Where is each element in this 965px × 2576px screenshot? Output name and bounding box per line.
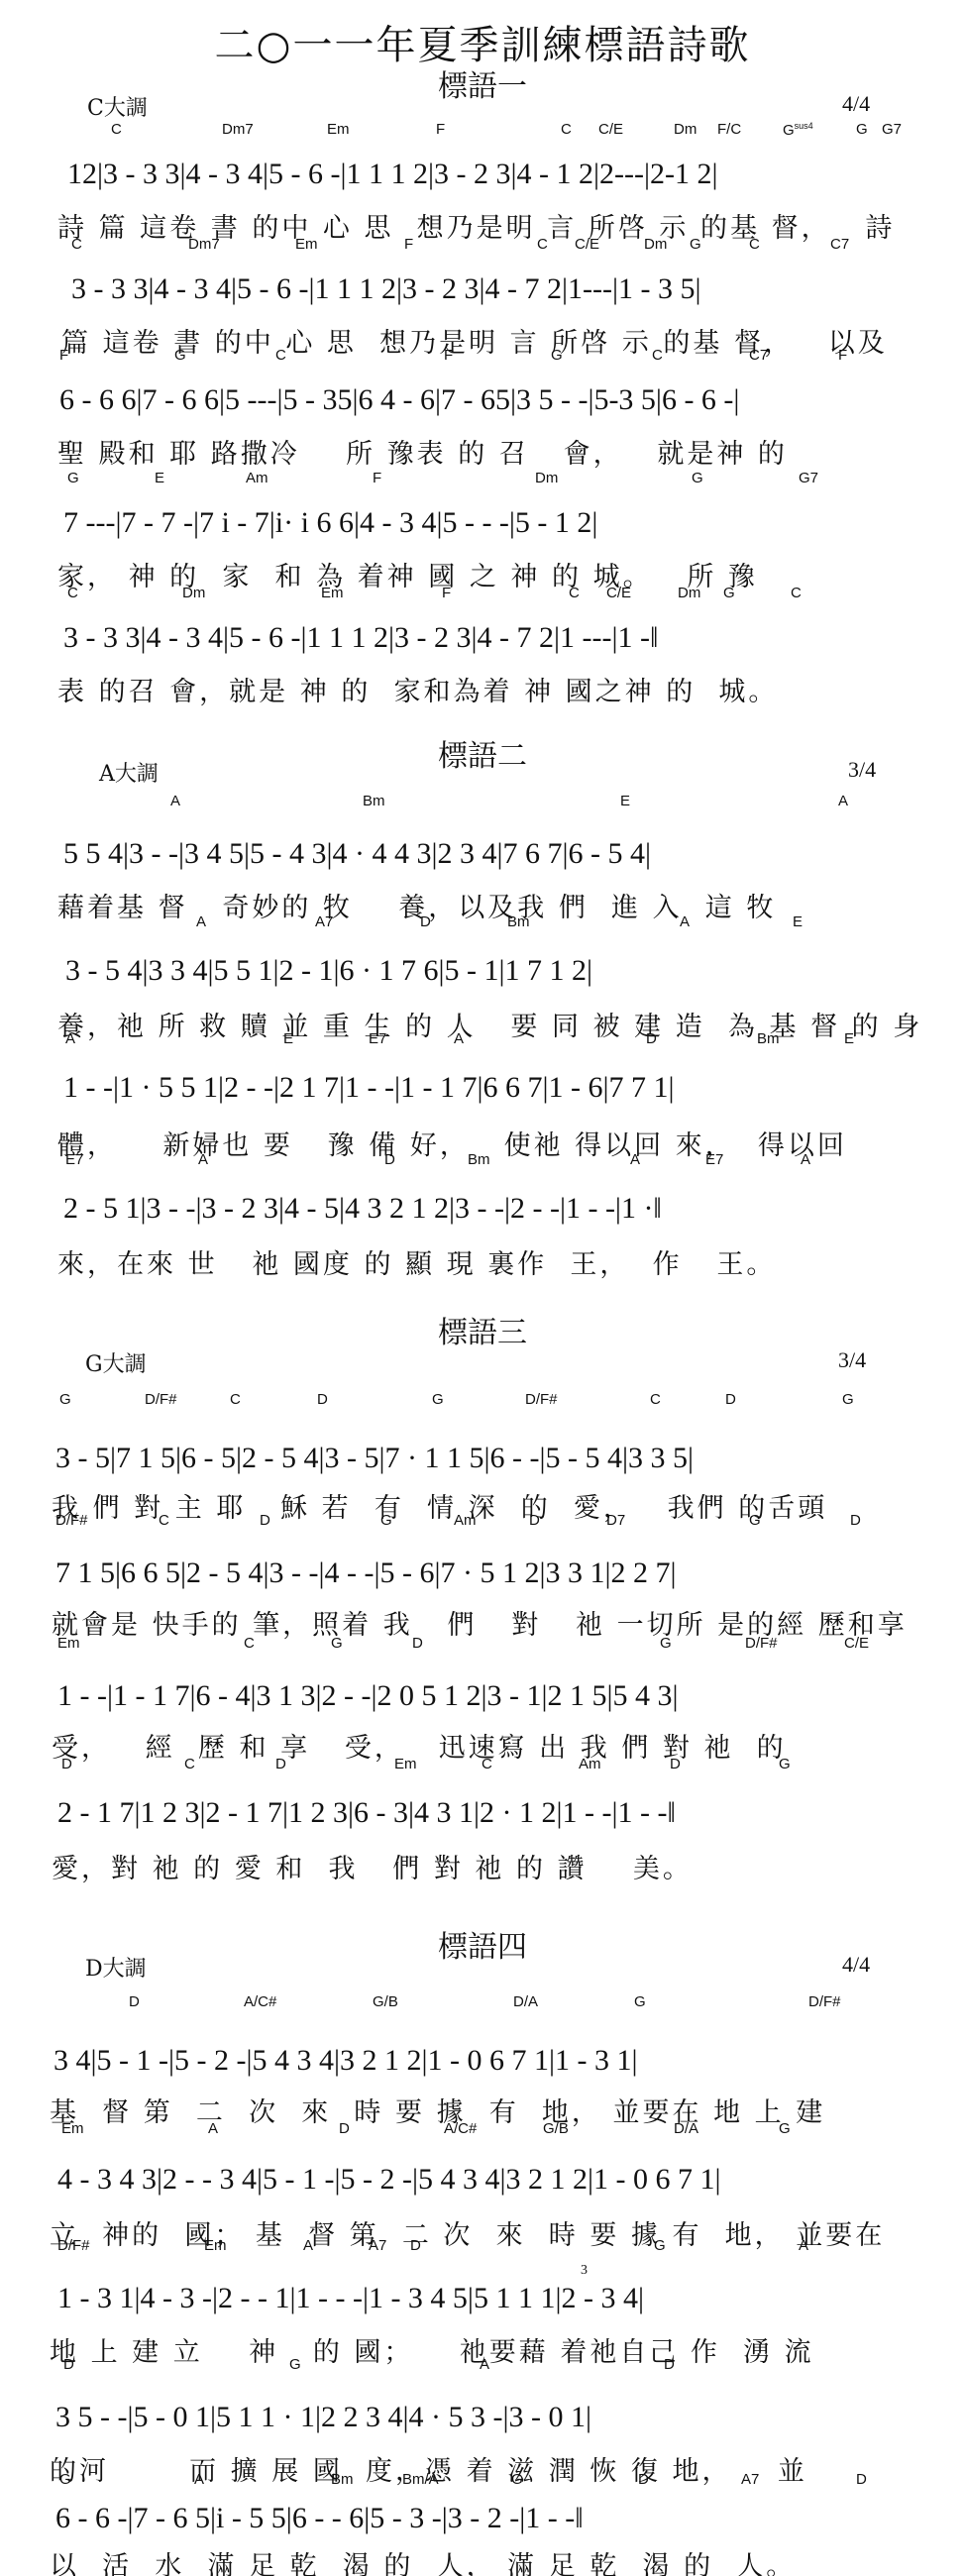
chord: D/A (513, 1993, 538, 2010)
note-sequence: 1 - -|1 - 1 7|6 - 4|3 1 3|2 - -|2 0 5 1 … (57, 1678, 678, 1714)
section-title: 標語三 (0, 1308, 965, 1351)
key-signature: A大調 (99, 757, 159, 788)
jianpu-notes: 1 - -|1 - 1 7|6 - 4|3 1 3|2 - -|2 0 5 1 … (0, 1678, 965, 1718)
jianpu-notes: 3 - 3 3|4 - 3 4|5 - 6 -|1 1 1 2|3 - 2 3|… (0, 271, 965, 311)
chord-line: G E Am F Dm G G7 (0, 470, 965, 493)
chord: G (511, 2471, 523, 2488)
key-signature: C大調 (87, 91, 148, 122)
chord: E (620, 793, 630, 809)
chord: C (275, 347, 286, 364)
chord: C (111, 121, 122, 138)
chord: G (692, 470, 703, 486)
chord-line: D G A D (0, 2356, 965, 2380)
chord: D (61, 1756, 72, 1772)
chord: G (59, 1391, 71, 1408)
lyrics-line: 愛，對 祂 的 愛 和 我 們 對 祂 的 讚 美。 (52, 1847, 965, 1885)
chord: A (208, 2120, 218, 2137)
chord: C (652, 347, 663, 364)
chord: D (638, 2471, 649, 2488)
chord: E (793, 913, 803, 930)
chord: C (650, 1391, 661, 1408)
lyrics-line: 以 活 水 滿 足 乾 渴 的 人， 滿 足 乾 渴 的 人。 (50, 2544, 965, 2576)
lyrics-line: 來，在來 世 祂 國度 的 顯 現 裏作 王， 作 王。 (57, 1242, 965, 1281)
chord-line: D A/C# G/B D/A G D/F# (0, 1993, 965, 2017)
time-signature: 3/4 (838, 1347, 866, 1373)
chord: Bm (468, 1151, 490, 1168)
note-sequence: 2 - 1 7|1 2 3|2 - 1 7|1 2 3|6 - 3|4 3 1|… (57, 1795, 676, 1831)
chord: F (444, 347, 453, 364)
chord: G (634, 1993, 646, 2010)
chord: C (749, 236, 760, 253)
chord-line: Em C G D G D/F# C/E (0, 1635, 965, 1659)
chord: E (155, 470, 164, 486)
chord: Bm (507, 913, 530, 930)
chord: G (779, 1756, 791, 1772)
chord: G (779, 2120, 791, 2137)
chord: D/F# (145, 1391, 177, 1408)
note-sequence: 5 5 4|3 - -|3 4 5|5 - 4 3|4 · 4 4 3|2 3 … (63, 836, 651, 872)
jianpu-notes: 7 ---|7 - 7 -|7 i - 7|i· i 6 6|4 - 3 4|5… (0, 505, 965, 545)
chord: Dm (678, 585, 700, 601)
chord: G (690, 236, 701, 253)
chord: F/C (717, 121, 741, 138)
chord: G (174, 347, 186, 364)
chord: D (384, 1151, 395, 1168)
jianpu-notes: 4 - 3 4 3|2 - - 3 4|5 - 1 -|5 - 2 -|5 4 … (0, 2162, 965, 2201)
chord: A7 (315, 913, 333, 930)
chord: F (436, 121, 445, 138)
chord: G (842, 1391, 854, 1408)
chord: E7 (705, 1151, 723, 1168)
chord: A (799, 2237, 808, 2254)
jianpu-notes: 3 - 3 3|4 - 3 4|5 - 6 -|1 1 1 2|3 - 2 3|… (0, 620, 965, 660)
chord: A (630, 1151, 640, 1168)
chord: C (230, 1391, 241, 1408)
chord: G7 (799, 470, 818, 486)
chord: G (723, 585, 735, 601)
jianpu-notes: 7 1 5|6 6 5|2 - 5 4|3 - -|4 - -|5 - 6|7 … (0, 1556, 965, 1595)
chord: C (71, 236, 82, 253)
note-sequence: 7 ---|7 - 7 -|7 i - 7|i· i 6 6|4 - 3 4|5… (63, 505, 597, 541)
chord: D (529, 1512, 540, 1529)
time-signature: 4/4 (842, 91, 870, 117)
chord: A (480, 2356, 489, 2373)
chord: D/F# (808, 1993, 841, 2010)
chord-line: A A7 D Bm A E (0, 913, 965, 937)
chord: A (198, 1151, 208, 1168)
time-signature: 3/4 (848, 757, 876, 783)
jianpu-notes: 1 - -|1 · 5 5 1|2 - -|2 1 7|1 - -|1 - 1 … (0, 1070, 965, 1110)
chord: D (646, 1030, 657, 1047)
chord: C (569, 585, 580, 601)
chord: Em (204, 2237, 227, 2254)
chord-line: D C D Em C Am D G (0, 1756, 965, 1779)
chord-line: E7 A D Bm A E7 A (0, 1151, 965, 1175)
chord: D7 (606, 1512, 625, 1529)
key-signature: G大調 (85, 1347, 147, 1378)
jianpu-notes: 2 - 5 1|3 - -|3 - 2 3|4 - 5|4 3 2 1 2|3 … (0, 1191, 965, 1231)
chord: D (412, 1635, 423, 1652)
chord: C/E (606, 585, 631, 601)
jianpu-notes: 3 4|5 - 1 -|5 - 2 -|5 4 3 4|3 2 1 2|1 - … (0, 2043, 965, 2083)
chord-line: C Dm7 Em F C C/E Dm F/C Gsus4 G G7 (0, 121, 965, 145)
chord: G (551, 347, 563, 364)
note-sequence: 3 - 3 3|4 - 3 4|5 - 6 -|1 1 1 2|3 - 2 3|… (71, 271, 700, 307)
chord: A/C# (444, 2120, 477, 2137)
chord: Bm/A (402, 2471, 439, 2488)
chord: A (65, 1030, 75, 1047)
chord: F (442, 585, 451, 601)
chord-line: C Dm7 Em F C C/E Dm G C C7 (0, 236, 965, 260)
chord: A (680, 913, 690, 930)
jianpu-notes: 6 - 6 6|7 - 6 6|5 ---|5 - 35|6 4 - 6|7 -… (0, 382, 965, 422)
chord: D (63, 2356, 74, 2373)
jianpu-notes: 6 - 6 -|7 - 6 5|i - 5 5|6 - - 6|5 - 3 -|… (0, 2501, 965, 2540)
chord: Am (579, 1756, 601, 1772)
chord: C (561, 121, 572, 138)
jianpu-notes: 5 5 4|3 - -|3 4 5|5 - 4 3|4 · 4 4 3|2 3 … (0, 836, 965, 876)
chord: Dm (674, 121, 697, 138)
chord: F (404, 236, 413, 253)
chord: D (850, 1512, 861, 1529)
chord: Em (394, 1756, 417, 1772)
chord: G (59, 2471, 71, 2488)
chord-line: D/F# C D G Am D D7 G D (0, 1512, 965, 1536)
chord: Am (454, 1512, 477, 1529)
chord: Em (61, 2120, 84, 2137)
chord-line: C Dm Em F C C/E Dm G C (0, 585, 965, 608)
chord: G (289, 2356, 301, 2373)
chord-line: A E E7 A D Bm E (0, 1030, 965, 1054)
chord: D (339, 2120, 350, 2137)
chord: D (410, 2237, 421, 2254)
note-sequence: 3 - 3 3|4 - 3 4|5 - 6 -|1 1 1 2|3 - 2 3|… (63, 620, 658, 656)
jianpu-notes: 1 - 3 1|4 - 3 -|2 - - 1|1 - - -|1 - 3 4 … (0, 2281, 965, 2320)
note-sequence: 3 5 - -|5 - 0 1|5 1 1 · 1|2 2 3 4|4 · 5 … (55, 2400, 591, 2435)
chord: C (159, 1512, 169, 1529)
chord: D/F# (745, 1635, 778, 1652)
chord: C (244, 1635, 255, 1652)
lyrics-line: 表 的召 會，就是 神 的 家和為着 神 國之神 的 城。 (57, 670, 965, 708)
jianpu-notes: 12|3 - 3 3|4 - 3 4|5 - 6 -|1 1 1 2|3 - 2… (0, 157, 965, 196)
chord: Em (57, 1635, 80, 1652)
chord: D/F# (55, 1512, 88, 1529)
chord: D (420, 913, 431, 930)
chord: C (791, 585, 802, 601)
chord: D (856, 2471, 867, 2488)
chord: G (654, 2237, 666, 2254)
note-sequence: 7 1 5|6 6 5|2 - 5 4|3 - -|4 - -|5 - 6|7 … (55, 1556, 676, 1591)
chord-line: F G C F G C C7 F (0, 347, 965, 371)
chord: G/B (543, 2120, 569, 2137)
chord: D (664, 2356, 675, 2373)
note-sequence: 3 - 5 4|3 3 4|5 5 1|2 - 1|6 · 1 7 6|5 - … (65, 953, 592, 989)
chord: D/F# (525, 1391, 558, 1408)
chord: E (844, 1030, 854, 1047)
chord: A (196, 913, 206, 930)
lyrics-line: 聖 殿和 耶 路撒冷 所 豫表 的 召 會， 就是神 的 (57, 432, 965, 471)
chord: C (482, 1756, 492, 1772)
chord-line: G A Bm Bm/A G D A7 D (0, 2471, 965, 2495)
chord: G (67, 470, 79, 486)
chord: E7 (65, 1151, 83, 1168)
chord: D/A (674, 2120, 698, 2137)
chord: E (283, 1030, 293, 1047)
chord: Dm7 (222, 121, 254, 138)
time-signature: 4/4 (842, 1952, 870, 1978)
note-sequence: 3 - 5|7 1 5|6 - 5|2 - 5 4|3 - 5|7 · 1 1 … (55, 1441, 694, 1476)
chord: C (184, 1756, 195, 1772)
chord: G (856, 121, 868, 138)
chord: C/E (844, 1635, 869, 1652)
chord: D (725, 1391, 736, 1408)
jianpu-notes: 3 5 - -|5 - 0 1|5 1 1 · 1|2 2 3 4|4 · 5 … (0, 2400, 965, 2439)
chord: D (129, 1993, 140, 2010)
chord: Gsus4 (783, 121, 813, 139)
chord: D (275, 1756, 286, 1772)
note-sequence: 2 - 5 1|3 - -|3 - 2 3|4 - 5|4 3 2 1 2|3 … (63, 1191, 662, 1227)
chord: A (194, 2471, 204, 2488)
chord: E7 (369, 1030, 386, 1047)
chord: Em (327, 121, 350, 138)
note-sequence: 1 - -|1 · 5 5 1|2 - -|2 1 7|1 - -|1 - 1 … (63, 1070, 674, 1106)
key-signature: D大調 (85, 1952, 147, 1983)
note-sequence: 12|3 - 3 3|4 - 3 4|5 - 6 -|1 1 1 2|3 - 2… (67, 157, 717, 192)
chord: Em (321, 585, 344, 601)
chord: Bm (363, 793, 385, 809)
chord: Dm (535, 470, 558, 486)
note-sequence: 1 - 3 1|4 - 3 -|2 - - 1|1 - - -|1 - 3 4 … (57, 2281, 644, 2316)
chord: C/E (598, 121, 623, 138)
chord: F (838, 347, 847, 364)
chord: G/B (373, 1993, 398, 2010)
chord: A (838, 793, 848, 809)
chord: F (59, 347, 68, 364)
chord: D (670, 1756, 681, 1772)
chord: A (170, 793, 180, 809)
chord: Bm (757, 1030, 780, 1047)
chord: D (260, 1512, 270, 1529)
chord: Dm (182, 585, 205, 601)
chord: A (303, 2237, 313, 2254)
chord-line: G D/F# C D G D/F# C D G (0, 1391, 965, 1415)
chord: A7 (741, 2471, 759, 2488)
chord: A (801, 1151, 810, 1168)
chord: A/C# (244, 1993, 276, 2010)
chord: G7 (882, 121, 902, 138)
chord: D/F# (57, 2237, 90, 2254)
chord-line: A Bm E A (0, 793, 965, 816)
chord: G (432, 1391, 444, 1408)
chord: Dm (644, 236, 667, 253)
jianpu-notes: 2 - 1 7|1 2 3|2 - 1 7|1 2 3|6 - 3|4 3 1|… (0, 1795, 965, 1835)
chord: Em (295, 236, 318, 253)
note-sequence: 4 - 3 4 3|2 - - 3 4|5 - 1 -|5 - 2 -|5 4 … (57, 2162, 720, 2198)
chord: C7 (749, 347, 768, 364)
chord: A (454, 1030, 464, 1047)
chord: G (331, 1635, 343, 1652)
chord: C (67, 585, 78, 601)
chord: C (537, 236, 548, 253)
chord: F (373, 470, 381, 486)
chord-line: Em A D A/C# G/B D/A G (0, 2120, 965, 2144)
chord: Am (246, 470, 268, 486)
chord: G (380, 1512, 392, 1529)
chord: G (660, 1635, 672, 1652)
jianpu-notes: 3 - 5|7 1 5|6 - 5|2 - 5 4|3 - 5|7 · 1 1 … (0, 1441, 965, 1480)
chord: D (317, 1391, 328, 1408)
jianpu-notes: 3 - 5 4|3 3 4|5 5 1|2 - 1|6 · 1 7 6|5 - … (0, 953, 965, 993)
chord: C7 (830, 236, 849, 253)
chord: Dm7 (188, 236, 220, 253)
chord: Bm (331, 2471, 354, 2488)
note-sequence: 6 - 6 6|7 - 6 6|5 ---|5 - 35|6 4 - 6|7 -… (59, 382, 739, 418)
note-sequence: 3 4|5 - 1 -|5 - 2 -|5 4 3 4|3 2 1 2|1 - … (54, 2043, 637, 2079)
chord-line: D/F# Em A A7 D G A (0, 2237, 965, 2261)
triplet-marker: 3 (581, 2263, 588, 2279)
chord: G (749, 1512, 761, 1529)
chord: A7 (369, 2237, 386, 2254)
chord: C/E (575, 236, 599, 253)
note-sequence: 6 - 6 -|7 - 6 5|i - 5 5|6 - - 6|5 - 3 -|… (55, 2501, 584, 2536)
